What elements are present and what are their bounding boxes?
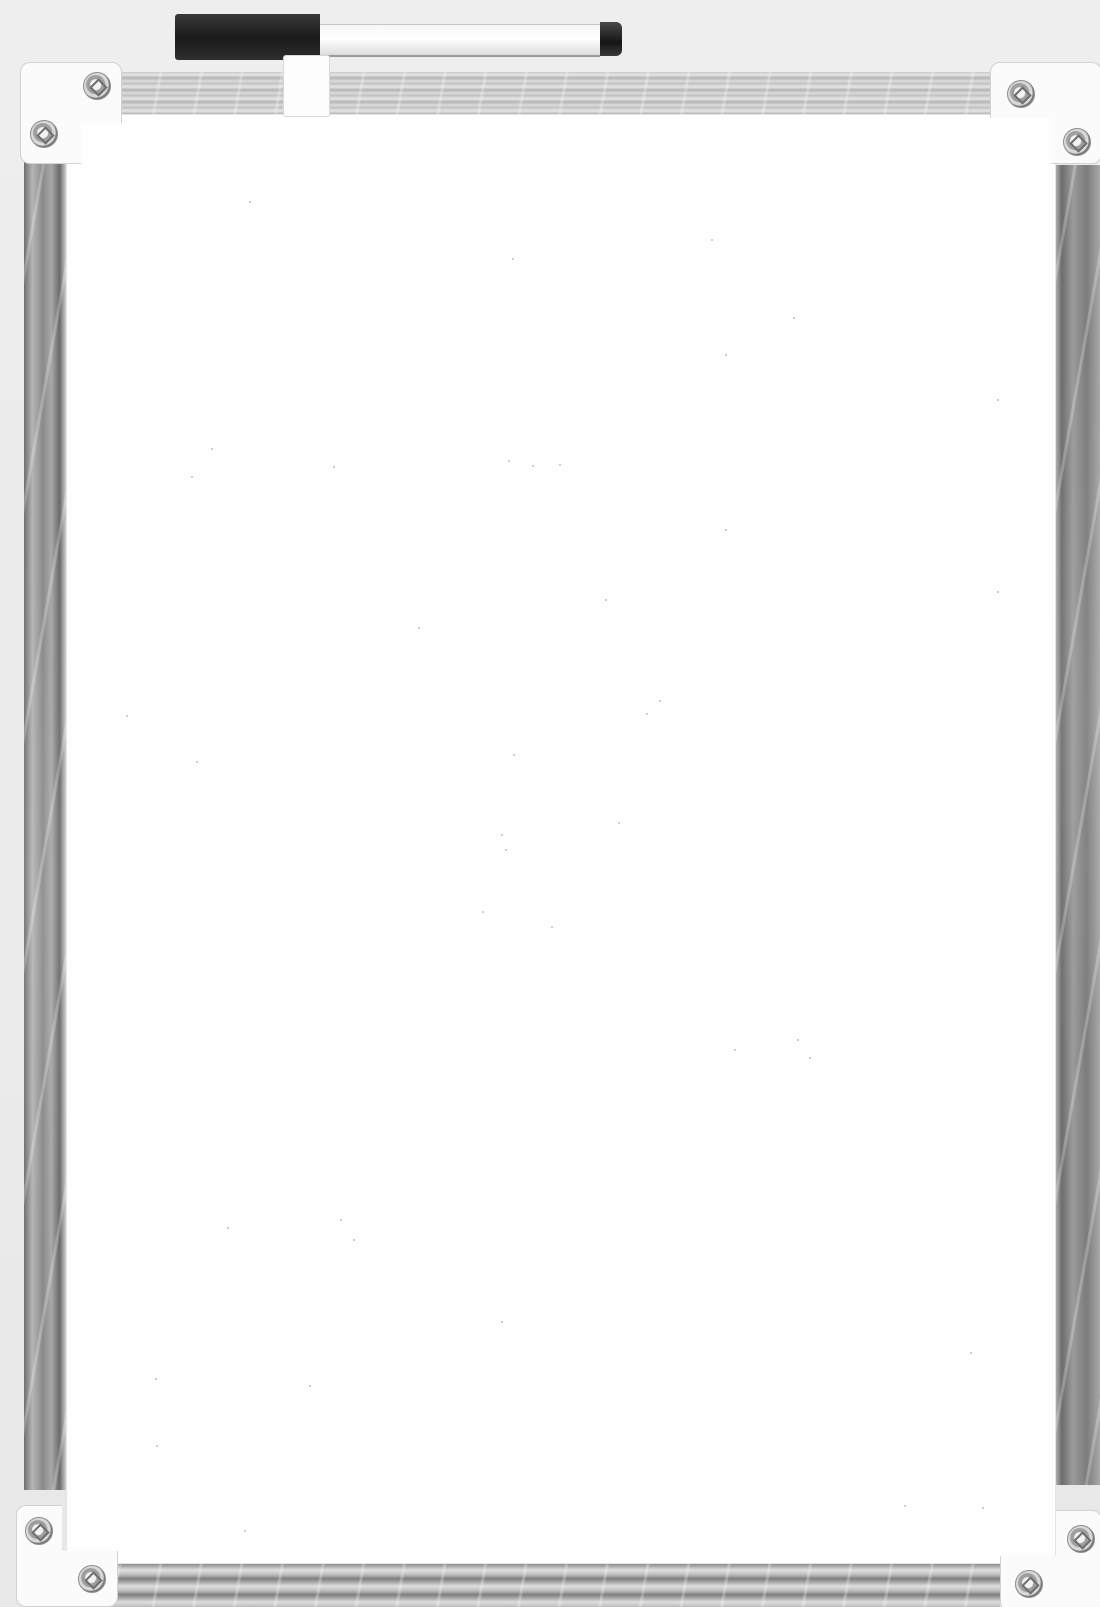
- frame-right-rail: [1055, 165, 1100, 1485]
- screw-icon: [1007, 80, 1035, 108]
- dust-speck: [211, 448, 213, 450]
- frame-top-rail: [100, 72, 1010, 117]
- dust-speck: [501, 834, 503, 836]
- screw-icon: [30, 120, 58, 148]
- dust-speck: [513, 754, 515, 756]
- dry-erase-marker[interactable]: [175, 14, 625, 60]
- marker-cap: [175, 14, 320, 60]
- dust-speck: [340, 1219, 342, 1221]
- dust-speck: [196, 761, 198, 763]
- dust-speck: [244, 1530, 246, 1532]
- screw-icon: [1067, 1525, 1095, 1553]
- screw-icon: [1015, 1570, 1043, 1598]
- frame-left-rail: [24, 160, 66, 1490]
- dust-speck: [711, 239, 713, 241]
- marker-barrel: [320, 24, 600, 57]
- frame-bottom-rail: [100, 1562, 1000, 1607]
- photo-background: [0, 0, 1100, 1607]
- marker-end-cap: [600, 22, 622, 56]
- dust-speck: [418, 627, 420, 629]
- dust-speck: [734, 1049, 736, 1051]
- screw-icon: [1063, 128, 1091, 156]
- dust-speck: [618, 822, 620, 824]
- whiteboard-surface: [66, 114, 1056, 1564]
- screw-icon: [83, 72, 111, 100]
- marker-holder-clip: [283, 55, 330, 117]
- dust-speck: [725, 529, 727, 531]
- dust-speck: [970, 1352, 972, 1354]
- screw-icon: [78, 1565, 106, 1593]
- screw-icon: [25, 1517, 53, 1545]
- dust-speck: [559, 464, 561, 466]
- dust-speck: [982, 1507, 984, 1509]
- dust-speck: [809, 1057, 811, 1059]
